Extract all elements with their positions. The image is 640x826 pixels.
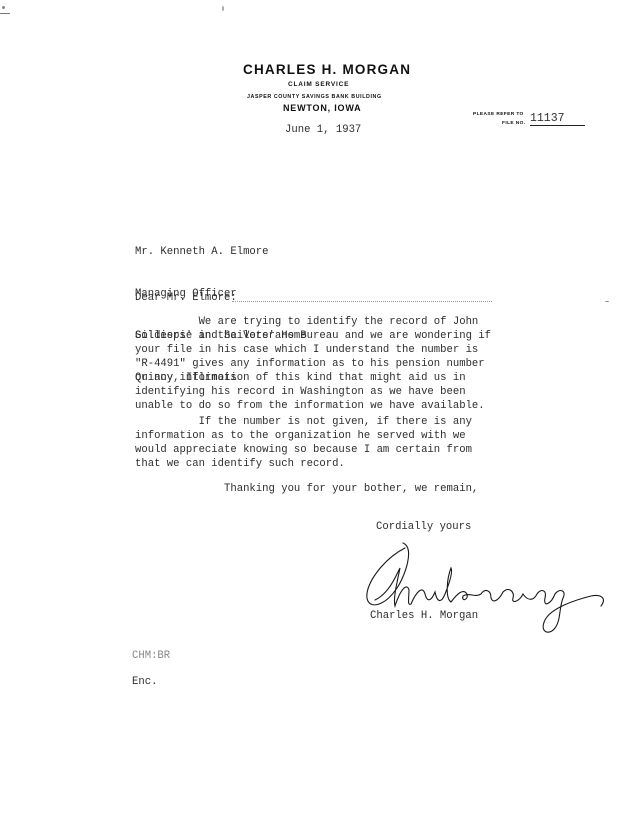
reference-initials: CHM:BR	[132, 649, 170, 663]
letterhead-service: CLAIM SERVICE	[288, 81, 349, 88]
body-paragraph-2: If the number is not given, if there is …	[135, 415, 472, 471]
file-refer-prompt: PLEASE REFER TO	[473, 112, 524, 117]
body-paragraph-1: We are trying to identify the record of …	[135, 315, 491, 413]
letterhead-name: CHARLES H. MORGAN	[243, 62, 411, 77]
scan-speck	[2, 6, 5, 9]
typed-signer-name: Charles H. Morgan	[370, 609, 478, 623]
enclosure-notation: Enc.	[132, 675, 157, 689]
file-number: 11137	[530, 113, 585, 126]
salutation: Dear Mr. Elmore:	[135, 291, 237, 305]
scan-mark	[0, 13, 10, 14]
scan-speck	[605, 301, 609, 302]
closing-line: Thanking you for your bother, we remain,	[135, 482, 478, 496]
letter-date: June 1, 1937	[285, 123, 361, 137]
scan-speck	[222, 6, 224, 11]
letterhead-building: JASPER COUNTY SAVINGS BANK BUILDING	[247, 94, 382, 100]
recipient-line: Mr. Kenneth A. Elmore	[135, 245, 307, 259]
file-number-label: FILE NO.	[502, 121, 525, 126]
letterhead-city: NEWTON, IOWA	[283, 103, 361, 113]
divider	[232, 301, 492, 302]
